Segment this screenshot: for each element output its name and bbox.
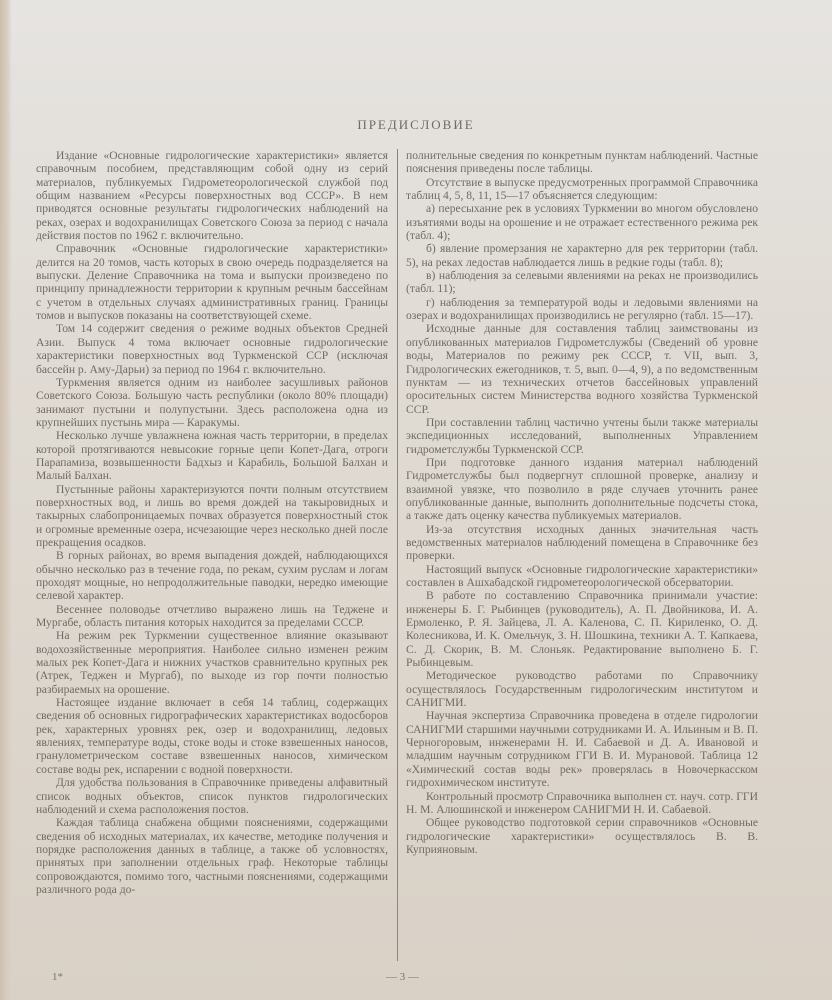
left-column: Издание «Основные гидрологические характ…: [36, 149, 388, 896]
paragraph: Том 14 содержит сведения о режиме водных…: [36, 322, 388, 375]
paragraph: Исходные данные для составления таблиц з…: [406, 322, 758, 415]
paragraph: Туркмения является одним из наиболее зас…: [36, 376, 388, 429]
column-divider: [397, 149, 398, 961]
paragraph: в) наблюдения за селевыми явлениями на р…: [406, 269, 758, 296]
paragraph: Весеннее половодье отчетливо выражено ли…: [36, 603, 388, 630]
paragraph: Научная экспертиза Справочника проведена…: [406, 709, 758, 789]
paragraph: Каждая таблица снабжена общими пояснения…: [36, 816, 388, 896]
paragraph: Общее руководство подготовкой серии спра…: [406, 816, 758, 856]
paragraph: В горных районах, во время выпадения дож…: [36, 549, 388, 602]
signature-mark: 1*: [52, 971, 63, 983]
paragraph: а) пересыхание рек в условиях Туркмении …: [406, 202, 758, 242]
paragraph: Настоящий выпуск «Основные гидрологическ…: [406, 563, 758, 590]
paragraph: Контрольный просмотр Справочника выполне…: [406, 790, 758, 817]
paragraph: При составлении таблиц частично учтены б…: [406, 416, 758, 456]
paragraph: г) наблюдения за температурой воды и лед…: [406, 296, 758, 323]
paragraph: Для удобства пользования в Справочнике п…: [36, 776, 388, 816]
paragraph: Справочник «Основные гидрологические хар…: [36, 242, 388, 322]
page-number: — 3 —: [386, 971, 419, 983]
paragraph: На режим рек Туркмении существенное влия…: [36, 629, 388, 696]
paragraph: Настоящее издание включает в себя 14 таб…: [36, 696, 388, 776]
paragraph: В работе по составлению Справочника прин…: [406, 589, 758, 669]
page-edge-shadow: [0, 0, 12, 1000]
paragraph: Несколько лучше увлажнена южная часть те…: [36, 429, 388, 482]
paragraph: б) явление промерзания не характерно для…: [406, 242, 758, 269]
paragraph-continuation: полнительные сведения по конкретным пунк…: [406, 149, 758, 176]
paragraph: Издание «Основные гидрологические характ…: [36, 149, 388, 242]
paragraph: Пустынные районы характеризуются почти п…: [36, 483, 388, 550]
page-title: ПРЕДИСЛОВИЕ: [0, 117, 832, 133]
paragraph: При подготовке данного издания материал …: [406, 456, 758, 523]
paragraph: Методическое руководство работами по Спр…: [406, 669, 758, 709]
right-column: полнительные сведения по конкретным пунк…: [406, 149, 758, 856]
paragraph: Из-за отсутствия исходных данных значите…: [406, 523, 758, 563]
paragraph: Отсутствие в выпуске предусмотренных про…: [406, 176, 758, 203]
